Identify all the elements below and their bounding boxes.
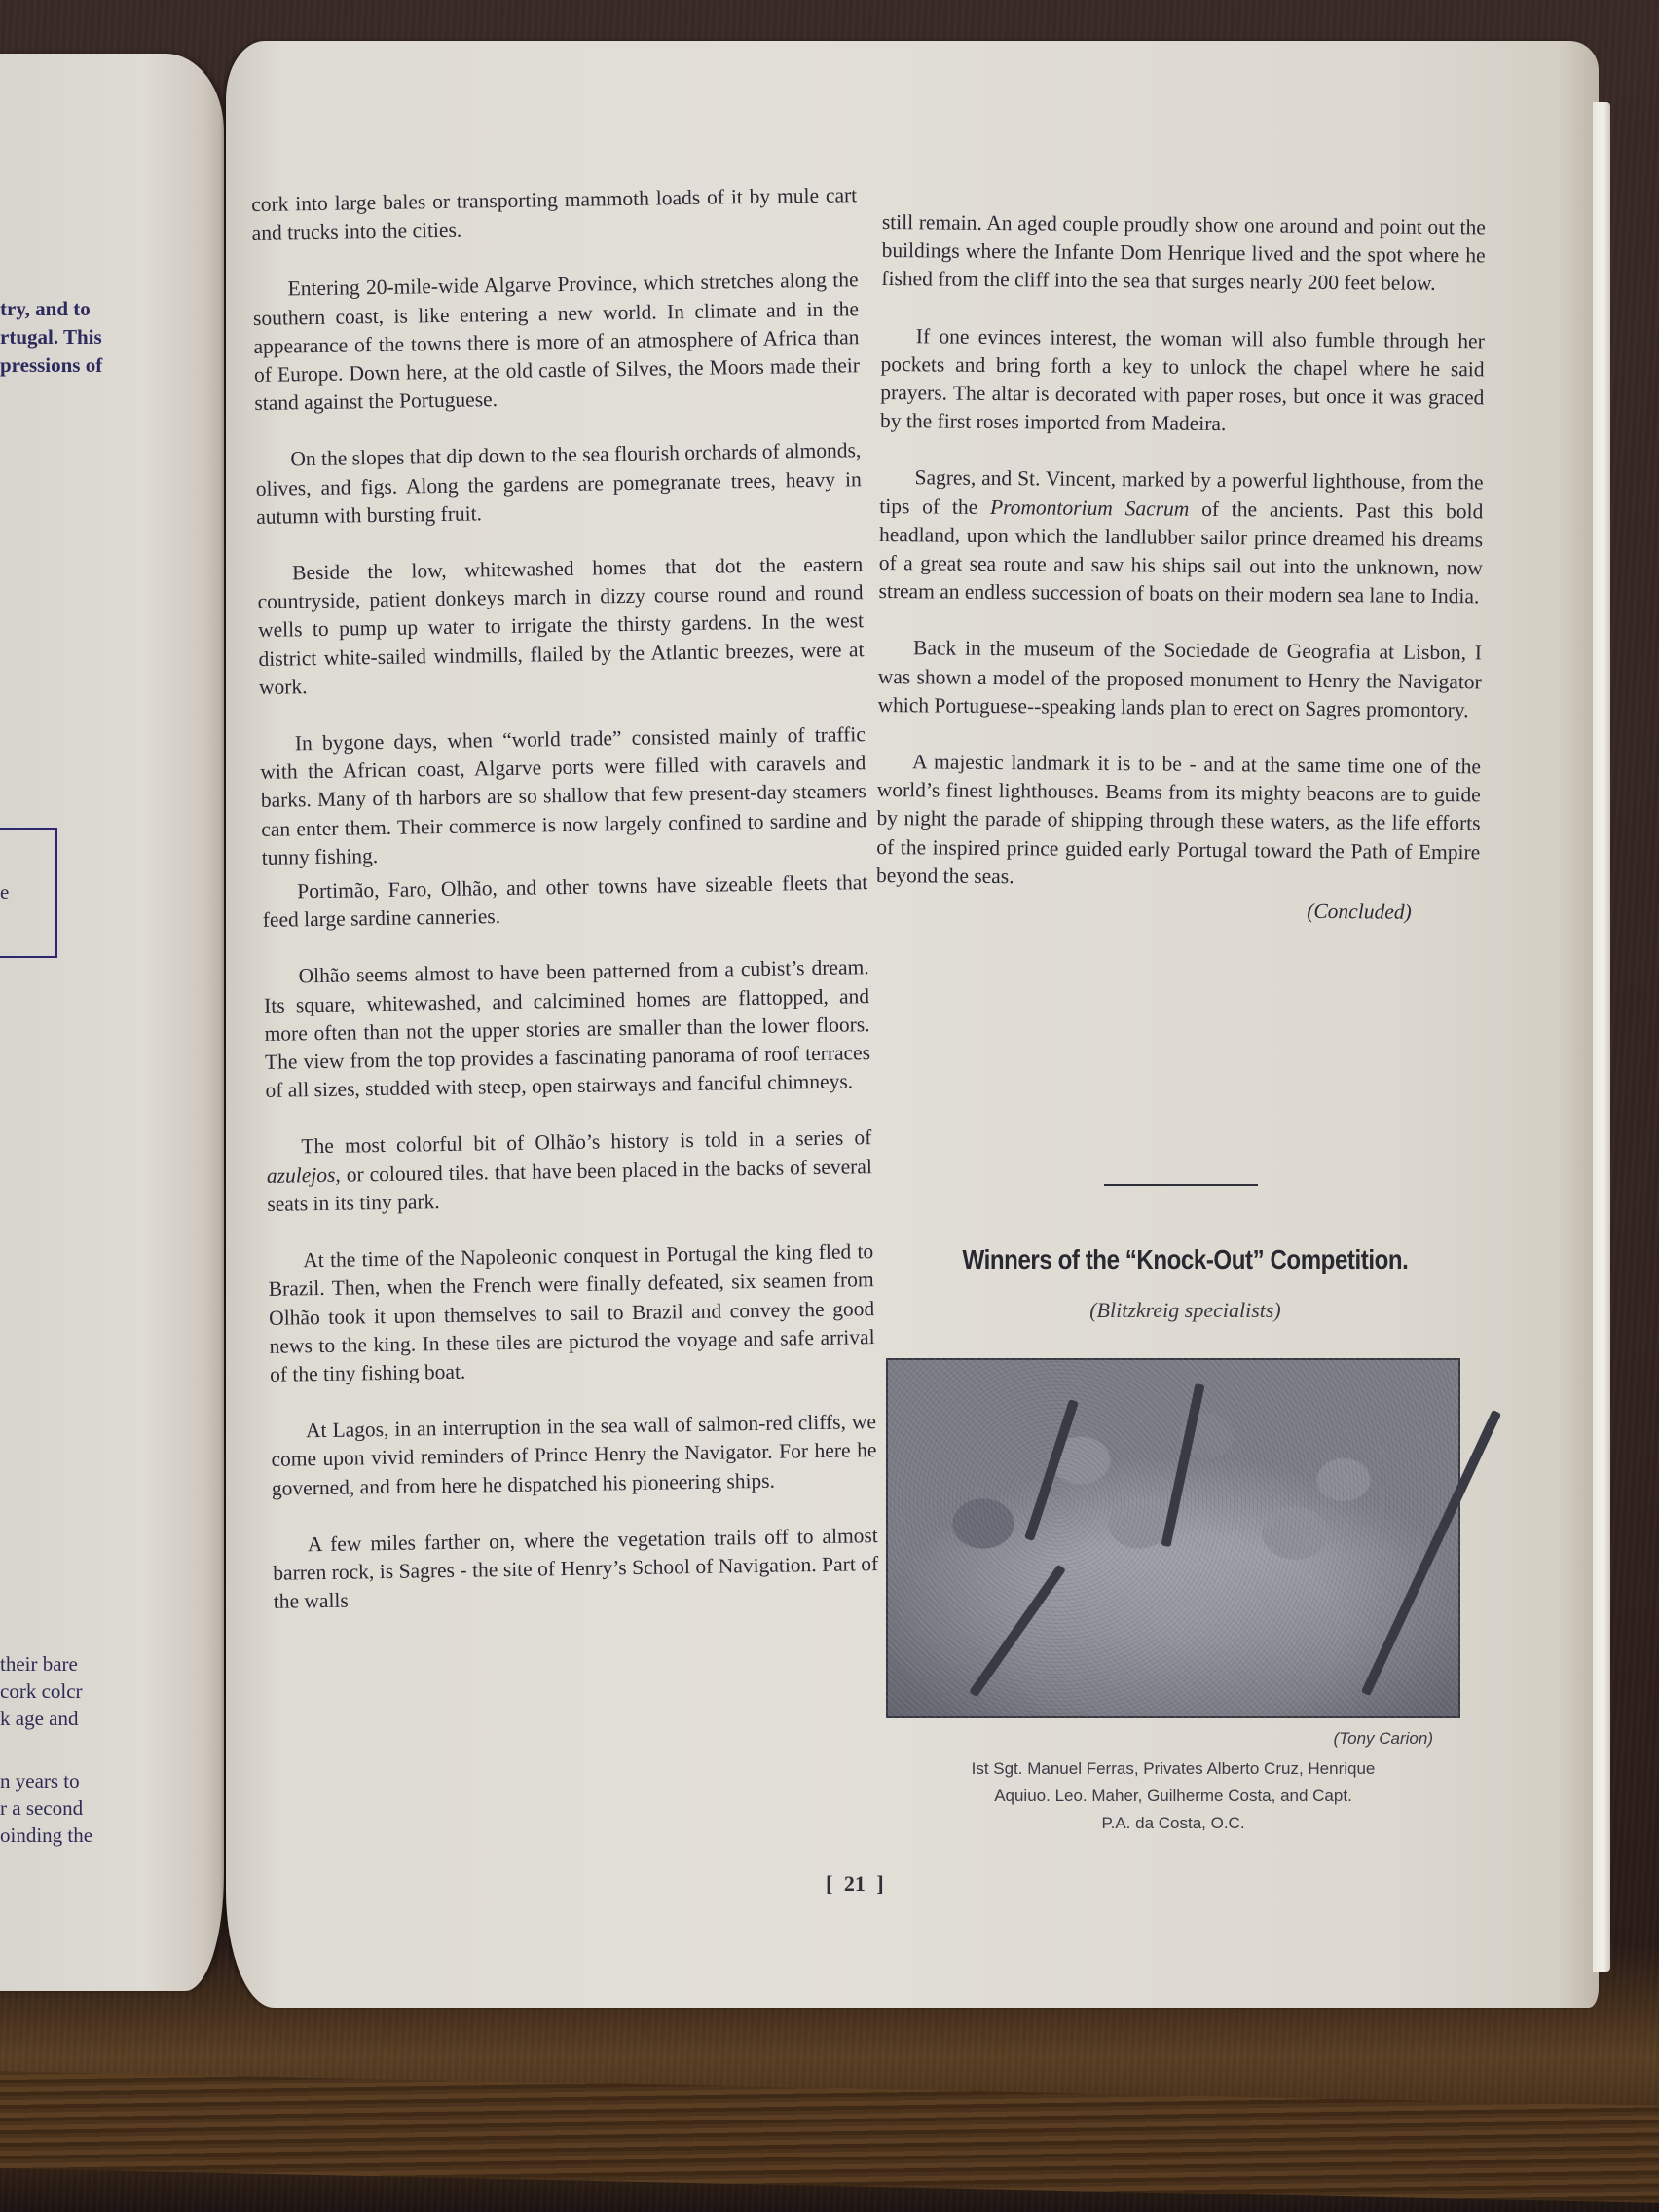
article-paragraph: If one evinces interest, the woman will … — [880, 322, 1485, 441]
left-page-line: try, and to — [0, 295, 91, 323]
article-paragraph: Sagres, and St. Vincent, marked by a pow… — [878, 463, 1483, 610]
box-fragment-text: e — [0, 880, 9, 904]
left-page: try, and to rtugal. This pressions of e … — [0, 54, 224, 1991]
article-paragraph: The most colorful bit of Olhão’s history… — [266, 1124, 872, 1219]
article-paragraph: On the slopes that dip down to the sea f… — [255, 437, 862, 532]
article-paragraph: In bygone days, when “world trade” consi… — [260, 720, 867, 872]
caption-line: Aquiuo. Leo. Maher, Guilherme Costa, and… — [910, 1783, 1436, 1810]
article-paragraph: cork into large bales or transporting ma… — [251, 181, 858, 247]
left-page-line: n years to — [0, 1767, 80, 1795]
photo-caption: Ist Sgt. Manuel Ferras, Privates Alberto… — [910, 1755, 1436, 1837]
feature-title: Winners of the “Knock-Out” Competition. — [928, 1244, 1443, 1275]
article-paragraph: A majestic landmark it is to be - and at… — [876, 748, 1481, 895]
article-paragraph: At Lagos, in an interruption in the sea … — [271, 1408, 877, 1502]
article-paragraph: Entering 20-mile-wide Algarve Province, … — [252, 267, 860, 419]
italic-term: Promontorium Sacrum — [990, 496, 1190, 521]
photo-credit: (Tony Carion) — [1266, 1729, 1433, 1749]
feature-subtitle: (Blitzkreig specialists) — [886, 1298, 1485, 1323]
article-paragraph: A few miles farther on, where the vegeta… — [273, 1522, 879, 1616]
left-page-line: k age and — [0, 1705, 78, 1733]
section-divider — [1104, 1184, 1258, 1186]
article-column-left: cork into large bales or transporting ma… — [251, 181, 879, 1644]
caption-line: P.A. da Costa, O.C. — [910, 1810, 1436, 1837]
page-number: [ 21 ] — [826, 1871, 884, 1897]
article-paragraph: Portimão, Faro, Olhão, and other towns h… — [262, 868, 868, 935]
left-page-line: oinding the — [0, 1822, 92, 1850]
article-paragraph: Beside the low, whitewashed homes that d… — [257, 550, 865, 702]
bordered-box-fragment: e — [0, 828, 57, 958]
left-page-line: r a second — [0, 1794, 83, 1823]
article-column-right: still remain. An aged couple proudly sho… — [876, 208, 1486, 928]
concluded-note: (Concluded) — [876, 894, 1480, 928]
soldiers-photo — [886, 1358, 1460, 1718]
article-paragraph: Back in the museum of the Sociedade de G… — [877, 634, 1482, 724]
italic-term: azulejos — [267, 1162, 336, 1187]
caption-line: Ist Sgt. Manuel Ferras, Privates Alberto… — [910, 1755, 1436, 1783]
left-page-line: pressions of — [0, 351, 102, 380]
article-paragraph: still remain. An aged couple proudly sho… — [881, 208, 1486, 299]
page-stack-edge — [1593, 102, 1610, 1972]
article-paragraph: Olhão seems almost to have been patterne… — [263, 954, 870, 1106]
article-paragraph: At the time of the Napoleonic conquest i… — [268, 1237, 875, 1389]
left-page-line: rtugal. This — [0, 323, 102, 351]
left-page-line: cork colcr — [0, 1677, 83, 1706]
left-page-line: their bare — [0, 1650, 78, 1678]
